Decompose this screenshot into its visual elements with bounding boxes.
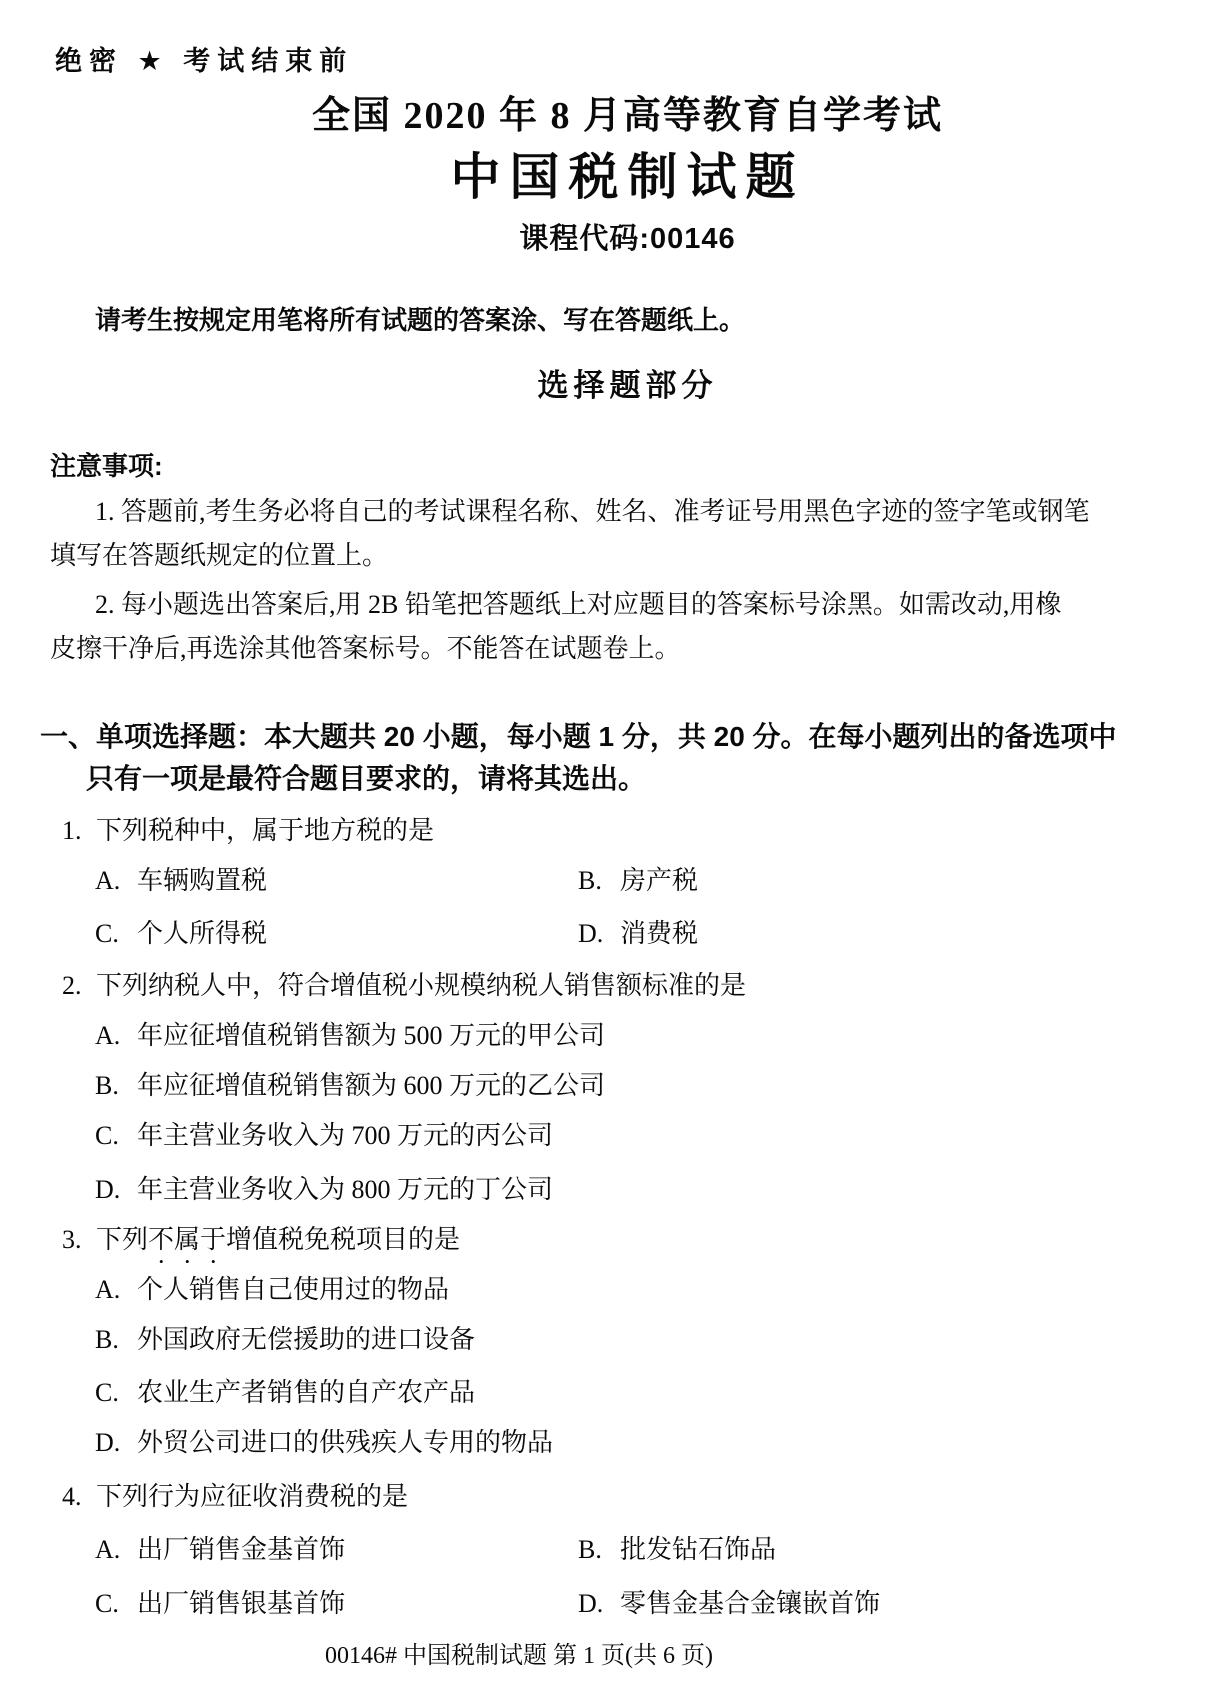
course-code: 课程代码:00146 <box>34 223 1221 256</box>
note-1-line-2: 填写在答题纸规定的位置上。 <box>50 541 388 571</box>
question-2-option-c: C.年主营业务收入为 700 万元的丙公司 <box>95 1121 553 1151</box>
paper-title: 中国税制试题 <box>34 149 1221 207</box>
question-4-number: 4. <box>62 1482 96 1512</box>
option-text: 个人所得税 <box>137 919 267 948</box>
option-label: A. <box>95 1275 137 1305</box>
option-text: 消费税 <box>620 919 698 948</box>
part-title: 选择题部分 <box>34 368 1221 404</box>
question-2-number: 2. <box>62 971 96 1001</box>
question-3-option-d: D.外贸公司进口的供残疾人专用的物品 <box>95 1428 553 1458</box>
question-2-option-d: D.年主营业务收入为 800 万元的丁公司 <box>95 1175 553 1205</box>
page-footer: 00146# 中国税制试题 第 1 页(共 6 页) <box>325 1643 713 1671</box>
option-label: B. <box>578 1535 620 1565</box>
question-3-text-suffix: 增值税免税项目的是 <box>226 1225 460 1254</box>
question-3-number: 3. <box>62 1225 96 1255</box>
question-3-text-emphasized: 不属于 <box>148 1225 226 1254</box>
question-1: 1.下列税种中，属于地方税的是 <box>62 816 434 846</box>
option-label: D. <box>95 1428 137 1458</box>
option-label: B. <box>95 1071 137 1101</box>
question-2-option-b: B.年应征增值税销售额为 600 万元的乙公司 <box>95 1071 605 1101</box>
question-4: 4.下列行为应征收消费税的是 <box>62 1482 408 1512</box>
option-label: D. <box>578 919 620 949</box>
option-label: A. <box>95 1021 137 1051</box>
option-text: 外国政府无偿援助的进口设备 <box>137 1325 475 1354</box>
option-text: 外贸公司进口的供残疾人专用的物品 <box>137 1428 553 1457</box>
question-3-text-prefix: 下列 <box>96 1225 148 1254</box>
option-label: C. <box>95 1378 137 1408</box>
question-3-option-b: B.外国政府无偿援助的进口设备 <box>95 1325 475 1355</box>
question-3-option-a: A.个人销售自己使用过的物品 <box>95 1275 449 1305</box>
question-3: 3.下列不属于增值税免税项目的是 <box>62 1225 460 1269</box>
question-4-option-c: C.出厂销售银基首饰 <box>95 1589 345 1619</box>
option-text: 零售金基合金镶嵌首饰 <box>620 1589 880 1618</box>
note-2-line-2: 皮擦干净后,再选涂其他答案标号。不能答在试题卷上。 <box>50 634 681 664</box>
option-label: C. <box>95 1121 137 1151</box>
option-label: D. <box>578 1589 620 1619</box>
question-1-text: 下列税种中，属于地方税的是 <box>96 816 434 845</box>
question-1-number: 1. <box>62 816 96 846</box>
question-4-option-b: B.批发钻石饰品 <box>578 1535 776 1565</box>
option-label: A. <box>95 1535 137 1565</box>
option-text: 年主营业务收入为 700 万元的丙公司 <box>137 1121 553 1150</box>
question-2-text: 下列纳税人中，符合增值税小规模纳税人销售额标准的是 <box>96 971 746 1000</box>
note-2-line-1: 2. 每小题选出答案后,用 2B 铅笔把答题纸上对应题目的答案标号涂黑。如需改动… <box>95 590 1061 620</box>
question-1-option-c: C.个人所得税 <box>95 919 267 949</box>
option-label: C. <box>95 919 137 949</box>
question-1-option-b: B.房产税 <box>578 866 698 896</box>
classification-banner: 绝密 ★ 考试结束前 <box>55 46 353 77</box>
answer-instruction: 请考生按规定用笔将所有试题的答案涂、写在答题纸上。 <box>95 306 745 336</box>
option-text: 车辆购置税 <box>137 866 267 895</box>
notes-heading: 注意事项: <box>50 452 163 482</box>
section-heading-line-1: 一、单项选择题：本大题共 20 小题，每小题 1 分，共 20 分。在每小题列出… <box>40 721 1117 753</box>
question-2-option-a: A.年应征增值税销售额为 500 万元的甲公司 <box>95 1021 605 1051</box>
exam-paper-page: 绝密 ★ 考试结束前 全国 2020 年 8 月高等教育自学考试 中国税制试题 … <box>0 0 1221 1697</box>
question-4-option-a: A.出厂销售金基首饰 <box>95 1535 345 1565</box>
option-text: 房产税 <box>620 866 698 895</box>
option-label: B. <box>95 1325 137 1355</box>
exam-session-title: 全国 2020 年 8 月高等教育自学考试 <box>34 95 1221 139</box>
question-2: 2.下列纳税人中，符合增值税小规模纳税人销售额标准的是 <box>62 971 746 1001</box>
option-text: 农业生产者销售的自产农产品 <box>137 1378 475 1407</box>
option-label: D. <box>95 1175 137 1205</box>
option-text: 年应征增值税销售额为 600 万元的乙公司 <box>137 1071 605 1100</box>
option-text: 出厂销售金基首饰 <box>137 1535 345 1564</box>
question-4-text: 下列行为应征收消费税的是 <box>96 1482 408 1511</box>
option-label: C. <box>95 1589 137 1619</box>
option-label: A. <box>95 866 137 896</box>
option-text: 出厂销售银基首饰 <box>137 1589 345 1618</box>
option-text: 年主营业务收入为 800 万元的丁公司 <box>137 1175 553 1204</box>
option-text: 年应征增值税销售额为 500 万元的甲公司 <box>137 1021 605 1050</box>
question-3-option-c: C.农业生产者销售的自产农产品 <box>95 1378 475 1408</box>
question-1-option-a: A.车辆购置税 <box>95 866 267 896</box>
option-label: B. <box>578 866 620 896</box>
option-text: 个人销售自己使用过的物品 <box>137 1275 449 1304</box>
section-heading-line-2: 只有一项是最符合题目要求的，请将其选出。 <box>86 763 646 795</box>
question-4-option-d: D.零售金基合金镶嵌首饰 <box>578 1589 880 1619</box>
question-1-option-d: D.消费税 <box>578 919 698 949</box>
note-1-line-1: 1. 答题前,考生务必将自己的考试课程名称、姓名、准考证号用黑色字迹的签字笔或钢… <box>95 497 1090 527</box>
option-text: 批发钻石饰品 <box>620 1535 776 1564</box>
